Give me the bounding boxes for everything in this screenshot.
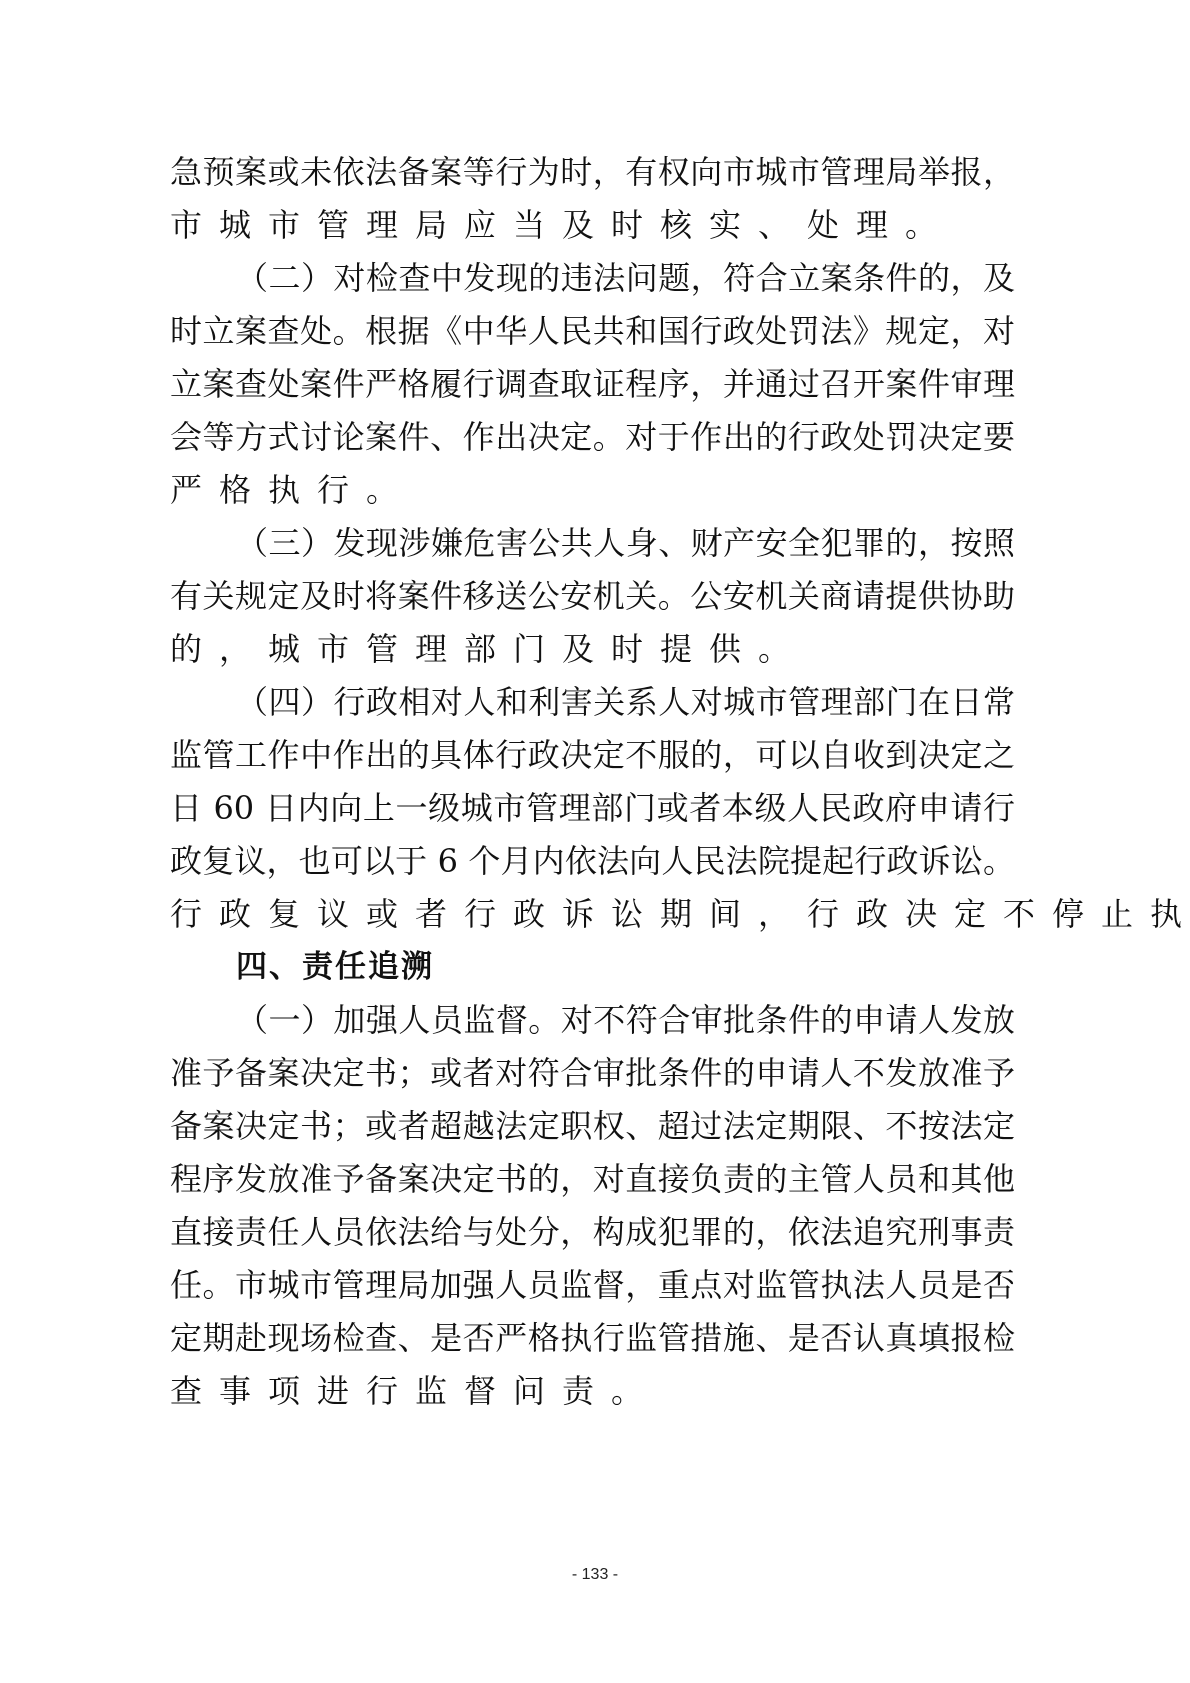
page-number: - 133 - xyxy=(0,1566,1190,1584)
text-line: 急预案或未依法备案等行为时，有权向市城市管理局举报， xyxy=(170,146,1015,199)
text-line-content: 政复议，也可以于 6 个月内依法向人民法院提起行政诉讼。 xyxy=(170,835,1015,888)
text-line: 定期赴现场检查、是否严格执行监管措施、是否认真填报检 xyxy=(170,1312,1015,1365)
text-line-content: 直接责任人员依法给与处分，构成犯罪的，依法追究刑事责 xyxy=(170,1206,1015,1259)
paragraph-start-line: （三）发现涉嫌危害公共人身、财产安全犯罪的，按照 xyxy=(170,517,1015,570)
text-line: 时立案查处。根据《中华人民共和国行政处罚法》规定，对 xyxy=(170,305,1015,358)
text-line: 查事项进行监督问责。 xyxy=(170,1365,1015,1418)
text-line-content: 备案决定书；或者超越法定职权、超过法定期限、不按法定 xyxy=(170,1100,1015,1153)
text-line: 日 60 日内向上一级城市管理部门或者本级人民政府申请行 xyxy=(170,782,1015,835)
text-line: 备案决定书；或者超越法定职权、超过法定期限、不按法定 xyxy=(170,1100,1015,1153)
text-line: 立案查处案件严格履行调查取证程序，并通过召开案件审理 xyxy=(170,358,1015,411)
paragraph-start-line: （四）行政相对人和利害关系人对城市管理部门在日常 xyxy=(170,676,1015,729)
text-line-content: 会等方式讨论案件、作出决定。对于作出的行政处罚决定要 xyxy=(170,411,1015,464)
text-line-content: 急预案或未依法备案等行为时，有权向市城市管理局举报， xyxy=(170,146,1015,199)
text-line-content: （一）加强人员监督。对不符合审批条件的申请人发放 xyxy=(236,994,1015,1047)
text-line-content: 立案查处案件严格履行调查取证程序，并通过召开案件审理 xyxy=(170,358,1015,411)
text-line-content: 严格执行。 xyxy=(170,464,415,517)
text-line: 有关规定及时将案件移送公安机关。公安机关商请提供协助 xyxy=(170,570,1015,623)
text-line-content: 行政复议或者行政诉讼期间，行政决定不停止执行。 xyxy=(170,888,1190,941)
text-line: 直接责任人员依法给与处分，构成犯罪的，依法追究刑事责 xyxy=(170,1206,1015,1259)
text-line: 任。市城市管理局加强人员监督，重点对监管执法人员是否 xyxy=(170,1259,1015,1312)
text-line-content: 有关规定及时将案件移送公安机关。公安机关商请提供协助 xyxy=(170,570,1015,623)
text-line: 程序发放准予备案决定书的，对直接负责的主管人员和其他 xyxy=(170,1153,1015,1206)
text-line: 市城市管理局应当及时核实、处理。 xyxy=(170,199,1015,252)
text-line-content: 任。市城市管理局加强人员监督，重点对监管执法人员是否 xyxy=(170,1259,1015,1312)
text-line-content: 的，城市管理部门及时提供。 xyxy=(170,623,807,676)
text-line: 会等方式讨论案件、作出决定。对于作出的行政处罚决定要 xyxy=(170,411,1015,464)
text-line-content: 定期赴现场检查、是否严格执行监管措施、是否认真填报检 xyxy=(170,1312,1015,1365)
text-line: 监管工作中作出的具体行政决定不服的，可以自收到决定之 xyxy=(170,729,1015,782)
text-line-content: 时立案查处。根据《中华人民共和国行政处罚法》规定，对 xyxy=(170,305,1015,358)
text-line: 行政复议或者行政诉讼期间，行政决定不停止执行。 xyxy=(170,888,1015,941)
section-heading: 四、责任追溯 xyxy=(236,941,1015,994)
text-line-content: （四）行政相对人和利害关系人对城市管理部门在日常 xyxy=(236,676,1015,729)
text-line-content: 程序发放准予备案决定书的，对直接负责的主管人员和其他 xyxy=(170,1153,1015,1206)
text-line-content: 准予备案决定书；或者对符合审批条件的申请人不发放准予 xyxy=(170,1047,1015,1100)
text-line-content: 监管工作中作出的具体行政决定不服的，可以自收到决定之 xyxy=(170,729,1015,782)
paragraph-start-line: （二）对检查中发现的违法问题，符合立案条件的，及 xyxy=(170,252,1015,305)
text-line-content: 日 60 日内向上一级城市管理部门或者本级人民政府申请行 xyxy=(170,782,1015,835)
text-line: 准予备案决定书；或者对符合审批条件的申请人不发放准予 xyxy=(170,1047,1015,1100)
document-body: 急预案或未依法备案等行为时，有权向市城市管理局举报， 市城市管理局应当及时核实、… xyxy=(170,146,1015,1418)
text-line: 严格执行。 xyxy=(170,464,1015,517)
text-line-content: 市城市管理局应当及时核实、处理。 xyxy=(170,199,954,252)
text-line-content: （三）发现涉嫌危害公共人身、财产安全犯罪的，按照 xyxy=(236,517,1015,570)
text-line: 的，城市管理部门及时提供。 xyxy=(170,623,1015,676)
text-line-content: 查事项进行监督问责。 xyxy=(170,1365,660,1418)
paragraph-start-line: （一）加强人员监督。对不符合审批条件的申请人发放 xyxy=(170,994,1015,1047)
text-line: 政复议，也可以于 6 个月内依法向人民法院提起行政诉讼。 xyxy=(170,835,1015,888)
text-line-content: （二）对检查中发现的违法问题，符合立案条件的，及 xyxy=(236,252,1015,305)
